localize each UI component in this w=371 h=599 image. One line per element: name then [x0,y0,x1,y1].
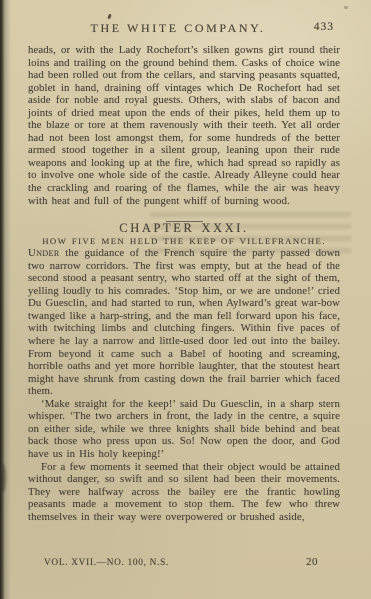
binding-edge [0,0,11,599]
running-header: THE WHITE COMPANY. 433 [28,21,340,37]
book-page: THE WHITE COMPANY. 433 heads, or with th… [0,0,371,599]
lead-word: Under [28,247,60,259]
scan-speck [107,14,112,20]
volume-line: VOL. XVII.—NO. 100, N.S. [44,558,169,568]
body-text: heads, or with the Lady Rochefort’s silk… [28,44,340,523]
continuation-paragraph: heads, or with the Lady Rochefort’s silk… [28,44,340,207]
signature-number: 20 [306,556,318,568]
paragraph: For a few moments it seemed that their o… [28,461,340,524]
scan-speck [344,6,348,9]
running-title: THE WHITE COMPANY. [22,21,334,36]
chapter-subtitle: HOW FIVE MEN HELD THE KEEP OF VILLEFRANC… [28,235,340,248]
paragraph: ‘Make straight for the keep!’ said Du Gu… [28,398,340,461]
page-number: 433 [314,21,334,33]
page-footer: VOL. XVII.—NO. 100, N.S. 20 [28,556,340,572]
binding-notch [0,464,6,492]
chapter-opening-paragraph: Under the guidance of the French squire … [28,247,340,398]
chapter-heading: CHAPTER XXXI. [28,222,340,235]
opening-paragraph-text: the guidance of the French squire the pa… [28,247,340,397]
